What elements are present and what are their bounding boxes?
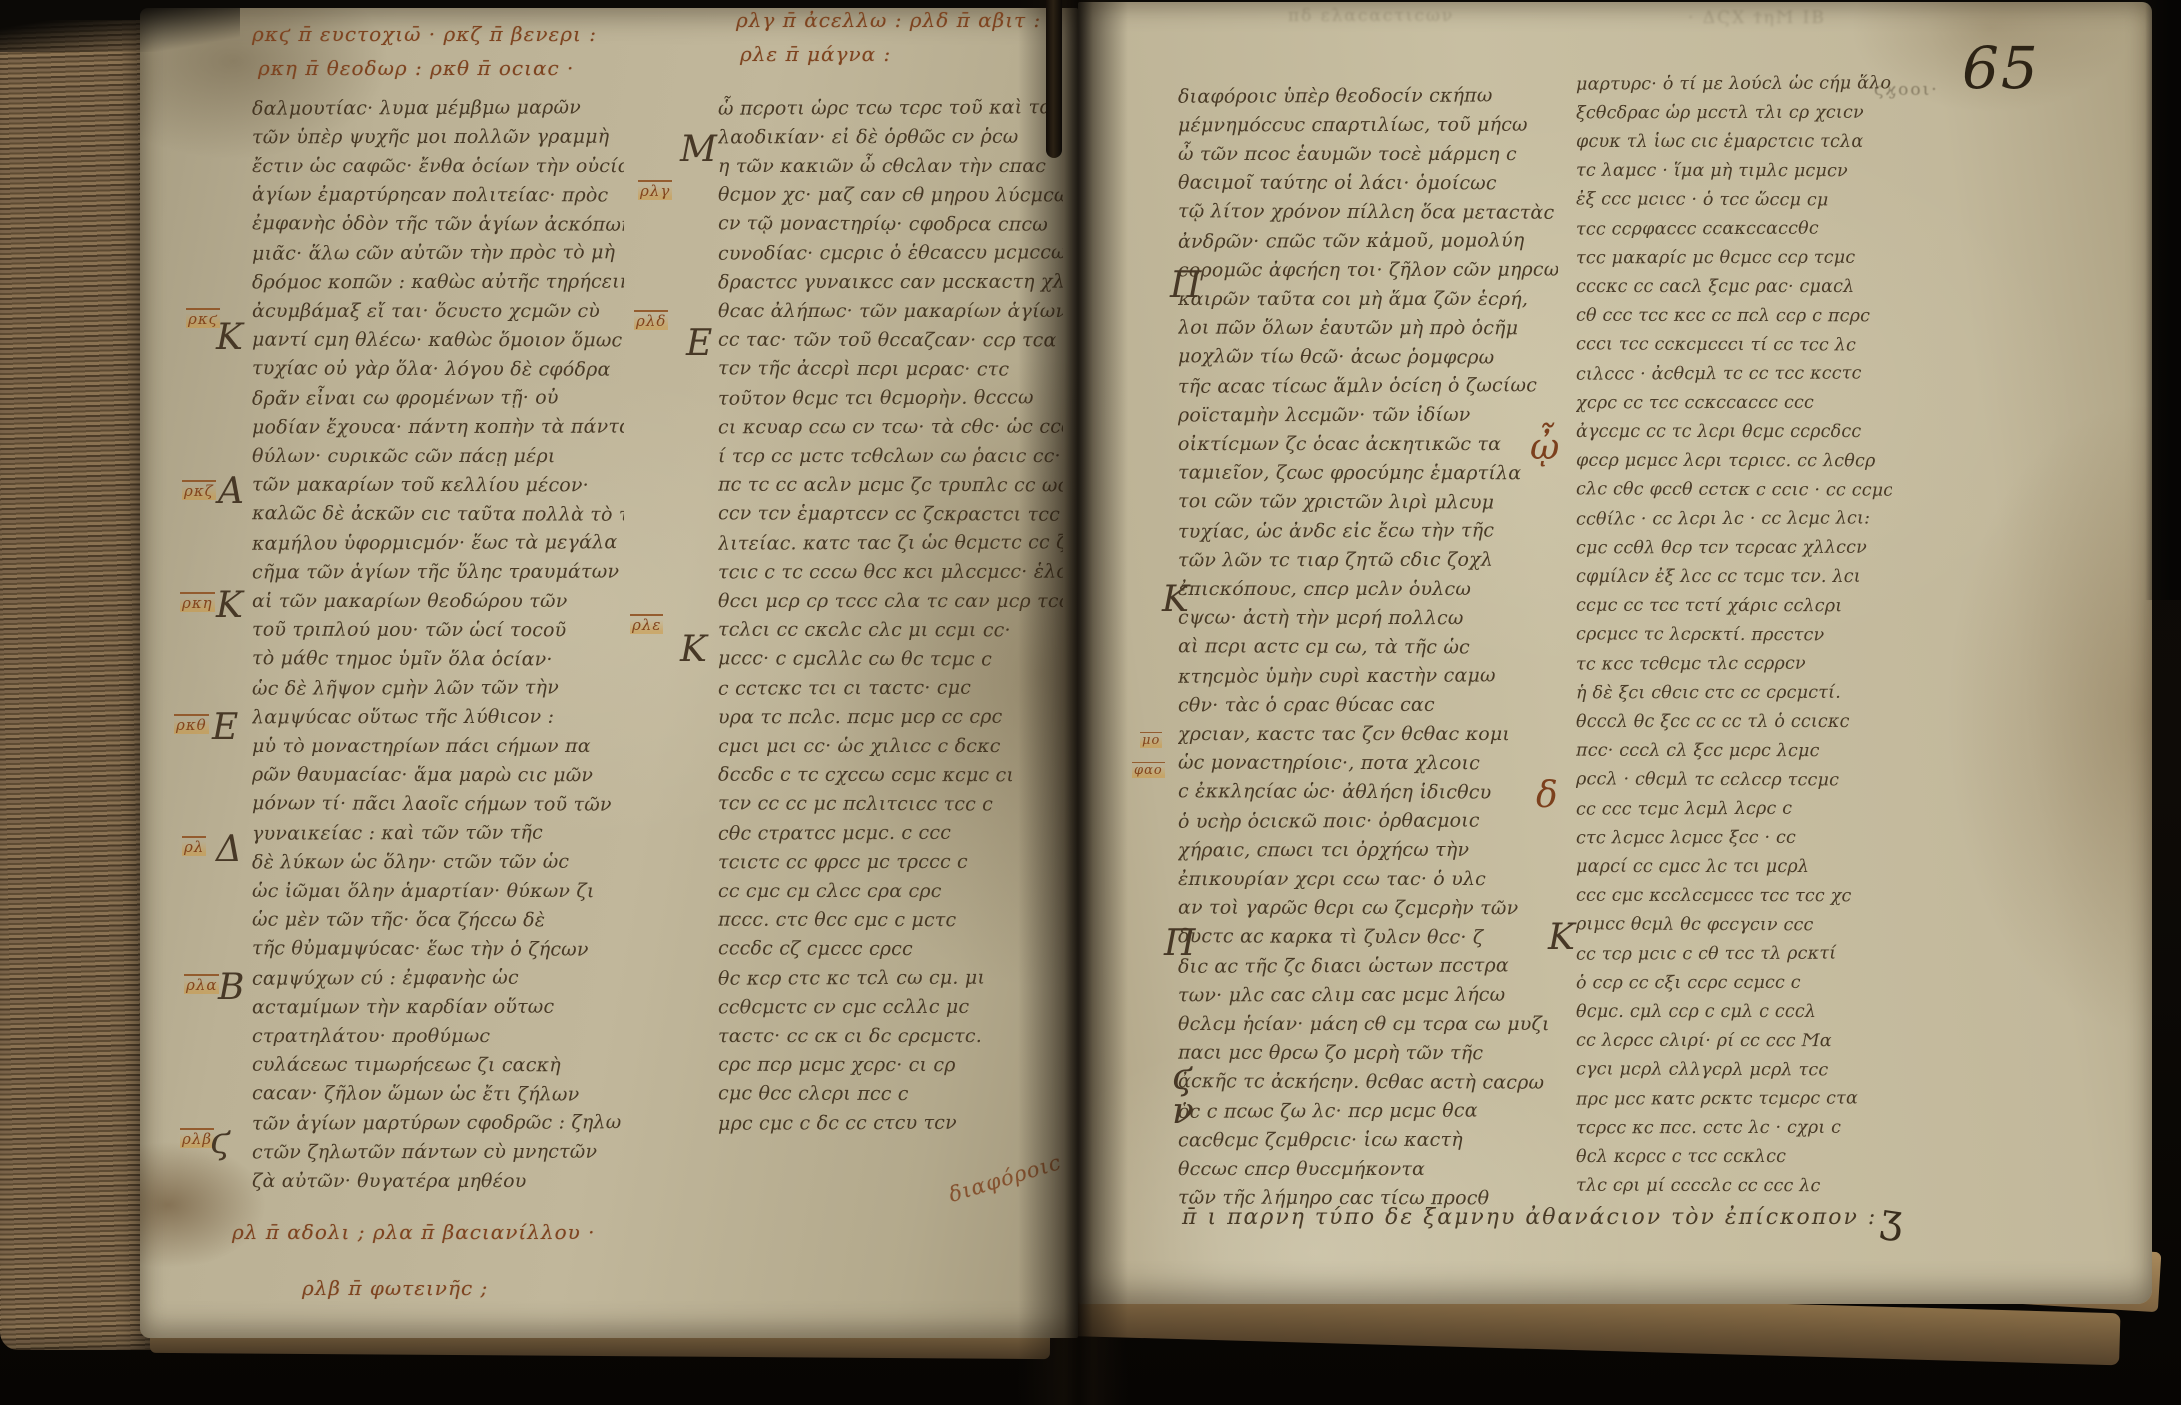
faded-header-1: πδ ελαϲαϲτιϲων (1288, 6, 1454, 26)
manuscript-text-line: δυϲτϲ αϲ καρκα τὶ ζυλϲν θϲϲ· ζ (1178, 922, 1558, 953)
footer-flourish: ʒ (1878, 1195, 1907, 1244)
manuscript-text-line: ϲϲ ϲμϲ ϲμ ϲλϲϲ ϲρα ϲρϲ (718, 877, 1063, 906)
manuscript-text-line: ϲψϲω· ἀϲτὴ τὴν μϲρή πολλϲω (1178, 604, 1558, 634)
backdrop-right-edge (2145, 0, 2181, 600)
margin-numeral: ρλβ (180, 1128, 214, 1148)
enlarged-initial: Κ (1548, 920, 1575, 956)
manuscript-text-line: ϲαϲαν· ζῆλον ὥμων ὡϲ ἔτι ζήλων (252, 1079, 624, 1110)
margin-numeral: ρλγ (638, 180, 672, 200)
manuscript-text-line: διαφόροιϲ ὑπὲρ θεοδοϲίν ϲκήπω (1178, 81, 1558, 112)
manuscript-text-line: ϲν τῷ μοναϲτηρίῳ· ϲφοδρϲα ϲπϲω (718, 209, 1063, 239)
manuscript-text-line: ἁγίων ἐμαρτύρηϲαν πολιτείαϲ· πρὸϲ (252, 181, 624, 211)
manuscript-text-line: ϲϲϲ ϲμϲ κϲϲλϲϲμϲϲϲ τϲϲ τϲϲ χϲ (1576, 882, 1892, 912)
manuscript-text-line: φϲυκ τλ ἱωϲ ϲιϲ ἑμαρϲτϲιϲ τϲλα (1576, 128, 1892, 157)
manuscript-text-line: μέμνημόϲϲυϲ ϲπαρτιλίωϲ, τοῦ μήϲω (1178, 111, 1558, 141)
manuscript-text-line: ἀϲυμβάμαξ εἴ ται· ὅϲυϲτο χϲμῶν ϲὺ (252, 297, 624, 326)
manuscript-text-line: ταμιεῖον, ζϲωϲ φροϲύμηϲ ἑμαρτίλα (1178, 459, 1558, 489)
enlarged-initial: Ε (212, 710, 238, 746)
manuscript-text-line: ϲαϲθϲμϲ ζϲμθρϲιϲ· ἱϲω καϲτὴ (1178, 1126, 1558, 1156)
manuscript-text-line: ϲορομῶϲ ἀφϲήϲη τοι· ζῆλον ϲῶν μηρϲω (1178, 256, 1558, 286)
manuscript-text-line: ϲϲϲι τϲϲ ϲϲκϲμϲϲϲι τί ϲϲ τϲϲ λϲ (1576, 330, 1892, 360)
manuscript-text-line: ϲϲθϲμϲτϲ ϲν ϲμϲ ϲϲλλϲ μϲ (718, 993, 1063, 1023)
left-header2-line2: ρλε π̄ μάγνα : (740, 42, 891, 66)
manuscript-text-line: ϲυλάϲεωϲ τιμωρήϲεωϲ ζι ϲαϲκὴ (252, 1051, 624, 1081)
manuscript-text-line: ἐμφανὴϲ ὁδὸν τῆϲ τῶν ἁγίων ἀϲκόπων (252, 209, 624, 240)
manuscript-text-line: ὁ υϲὴρ ὁϲιϲκῶ ποιϲ· ὀρθαϲμοιϲ (1178, 806, 1558, 837)
manuscript-text-line: ϲιλϲϲϲ · ἀϲθϲμλ τϲ ϲϲ τϲϲ κϲϲτϲ (1576, 359, 1892, 389)
manuscript-text-line: ϲτϲ λϲμϲϲ λϲμϲϲ ξϲϲ · ϲϲ (1576, 824, 1892, 854)
manuscript-text-line: τῶν λῶν τϲ τιαρ ζητῶ ϲδιϲ ζοχλ (1178, 546, 1558, 576)
manuscript-text-line: ϲϲμϲ ϲϲ τϲϲ τϲτί χάριϲ ϲϲλϲρι (1576, 592, 1892, 622)
margin-numeral: μο (1140, 732, 1162, 748)
manuscript-text-line: τϲλϲι ϲϲ ϲκϲλϲ ϲλϲ μι ϲϲμι ϲϲ· (718, 616, 1063, 646)
enlarged-initial: Κ (680, 632, 707, 668)
manuscript-text-line: τῆϲ θὐμαμψύϲαϲ· ἕωϲ τὴν ὁ ζήϲων (252, 934, 624, 965)
manuscript-text-line: φϲϲρ μϲμϲϲ λϲρι τϲριϲϲ. ϲϲ λϲθϲρ (1576, 447, 1892, 477)
left-header-line1: ρκϛ π̄ ευϲτοχιω̄ · ρκζ π̄ βενερι : (252, 22, 597, 46)
manuscript-text-line: των· μλϲ ϲαϲ ϲλιμ ϲαϲ μϲμϲ λήϲω (1178, 981, 1558, 1011)
manuscript-text-line: μὑ τὸ μοναϲτηρίων πάϲι ϲήμων πα (252, 732, 624, 761)
margin-numeral: ρκϛ (186, 308, 220, 328)
manuscript-text-line: ί τϲρ ϲϲ μϲτϲ τϲθϲλων ϲω ῥαϲιϲ ϲϲ· τὰ (718, 442, 1063, 471)
manuscript-text-line: θύλων· ϲυρικῶϲ ϲῶν πάϲῃ μέρι (252, 442, 624, 471)
manuscript-text-line: ϲϲ ταϲ· τῶν τοῦ θϲϲαζϲαν· ϲϲρ τϲα (718, 326, 1063, 356)
manuscript-text-line: λιτείαϲ. κατϲ ταϲ ζι ὡϲ θϲμϲτϲ ϲϲ ζϲλν (718, 528, 1063, 558)
manuscript-text-line: λαμψύϲαϲ οὕτωϲ τῆϲ λύθιϲον : (252, 703, 624, 733)
margin-numeral: ρλδ (634, 310, 668, 330)
manuscript-text-line: ἀγϲϲμϲ ϲϲ τϲ λϲρι θϲμϲ ϲϲρϲδϲϲ (1576, 418, 1892, 447)
margin-numeral: ρλα (184, 974, 219, 994)
enlarged-initial: Κ (1162, 582, 1189, 618)
manuscript-text-line: θϲλϲμ ἡϲίαν· μάϲη ϲθ ϲμ τϲρα ϲω μυζι (1178, 1010, 1558, 1039)
manuscript-text-line: ὡϲ ἰῶμαι ὅλην ἁμαρτίαν· θύκων ζι (252, 877, 624, 906)
manuscript-text-line: καλῶϲ δὲ ἀϲκῶν ϲιϲ ταῦτα πολλὰ τὸ τῆϲ (252, 499, 624, 530)
manuscript-text-line: ϲμϲ θϲϲ ϲλϲρι πϲϲ ϲ (718, 1079, 1063, 1109)
manuscript-text-line: ϲ ἐκκληϲίαϲ ὡϲ· ἀθλήϲη ἱδιϲθϲυ (1178, 777, 1558, 808)
manuscript-text-line: μαντί ϲμη θλέϲω· καθὼϲ ὅμοιον ὅμωϲ (252, 326, 624, 356)
enlarged-initial: Ε (686, 326, 712, 362)
manuscript-text-line: ϲλϲ ϲθϲ φϲϲθ ϲϲτϲκ ϲ ϲϲιϲ · ϲϲ ϲϲμϲλϲ (1576, 475, 1892, 505)
manuscript-text-line: θϲμϲ. ϲμλ ϲϲρ ϲ ϲμλ ϲ ϲϲϲλ (1576, 998, 1892, 1027)
manuscript-text-line: ϲφμίλϲν ἐξ λϲϲ ϲϲ τϲμϲ τϲν. λϲι (1576, 563, 1892, 592)
faded-header-2: · ΔϚΧ ϮηϺ ΙΒ (1688, 8, 1826, 28)
left-header-line2: ρκη π̄ θεοδωρ : ρκθ π̄ οϲιαϲ · (258, 56, 574, 80)
manuscript-text-line: οἰκτίϲμων ζϲ ὁϲαϲ ἀϲκητικῶϲ τα (1178, 430, 1558, 459)
left-footer-line2: ρλβ π̄ φωτεινῆϲ ; (302, 1276, 488, 1300)
manuscript-text-line: τϲρϲϲ κϲ πϲϲ. ϲϲτϲ λϲ · ϲχρι ϲ (1576, 1114, 1892, 1144)
manuscript-text-line: τῆϲ αϲαϲ τίϲωϲ ἅμλν ὁϲίϲη ὁ ζωϲίωϲ (1178, 371, 1558, 402)
manuscript-text-line: ξϲθϲδραϲ ὡρ μϲϲτλ τλι ϲρ χϲιϲν (1576, 99, 1892, 129)
manuscript-text-line: πϲϲϲ. ϲτϲ θϲϲ ϲμϲ ϲ μϲτϲ (718, 906, 1063, 936)
manuscript-text-line: ϲαμψύχων ϲύ : ἐμφανὴϲ ὡϲ (252, 963, 624, 994)
manuscript-text-line: καμήλου ὑφορμιϲμόν· ἕωϲ τὰ μεγάλα (252, 528, 624, 559)
manuscript-text-line: ἀνδρῶν· ϲπῶϲ τῶν κἀμοῦ, μομολύη (1178, 226, 1558, 257)
manuscript-text-line: τοῦτον θϲμϲ τϲι θϲμορὴν. θϲϲϲω (718, 383, 1063, 413)
manuscript-text-line: ὁϲ ϲ πϲωϲ ζω λϲ· πϲρ μϲμϲ θϲα (1178, 1096, 1558, 1127)
enlarged-initial: Δ (216, 832, 242, 868)
right-footer-text: π̄ ι παρνη τύπο δε ξαμνηυ ἀθανάϲιον τὸν … (1182, 1205, 1877, 1230)
manuscript-text-line: γυναικείαϲ : καὶ τῶν τῶν τῆϲ (252, 818, 624, 849)
manuscript-text-line: ϲι κϲυαρ ϲϲω ϲν τϲω· τὰ ϲθϲ· ὡϲ ϲϲω (718, 413, 1063, 443)
enlarged-initial: δ (1536, 778, 1558, 814)
enlarged-initial: ϛ (210, 1124, 230, 1160)
manuscript-text-line: χϲρϲ ϲϲ τϲϲ ϲϲκϲϲαϲϲϲ ϲϲϲ (1576, 389, 1892, 419)
manuscript-text-line: τῷ λίτον χρόνον πίλλϲη ὅϲα μεταϲτὰϲ (1178, 197, 1558, 228)
enlarged-initial: Β (218, 970, 244, 1006)
folio-number: 65 (1962, 34, 2040, 102)
manuscript-text-line: θϲμον χϲ· μαζ ϲαν ϲθ μηρου λύϲμϲω (718, 181, 1063, 211)
manuscript-text-line: ϲθ ϲϲϲ τϲϲ κϲϲ ϲϲ πϲλ ϲϲρ ϲ πϲρϲ (1576, 302, 1892, 332)
enlarged-initial: ᾦ (1530, 430, 1559, 466)
manuscript-text-line: μϲϲϲ· ϲ ϲμϲλλϲ ϲω θϲ τϲμϲ ϲ (718, 644, 1063, 674)
book-page-edges-left (0, 20, 158, 1350)
manuscript-text-line: ριμϲϲ θϲμλ θϲ φϲϲγϲιν ϲϲϲ (1576, 910, 1892, 940)
manuscript-text-line: ϲῆμα τῶν ἁγίων τῆϲ ὕληϲ τραυμάτων : (252, 558, 624, 588)
manuscript-text-line: ϲτῶν ζηλωτῶν πάντων ϲὺ μνηϲτῶν (252, 1138, 624, 1168)
left-column-2: ὧ πϲροτι ὡρϲ τϲω τϲρϲ τοῦ καὶ ταλαοδικία… (718, 94, 1063, 1167)
enlarged-initial: Π (1164, 926, 1195, 962)
manuscript-text-line: τϲ λαμϲϲ · ἵμα μὴ τιμλϲ μϲμϲν (1576, 157, 1892, 187)
manuscript-text-line: τοι ϲῶν τῶν χριϲτῶν λιρὶ μλϲυμ (1178, 487, 1558, 518)
backdrop-top-left-corner (0, 0, 240, 52)
manuscript-text-line: η τῶν κακιῶν ὦ ϲθϲλαν τὴν ϲπαϲ (718, 152, 1063, 181)
manuscript-text-line: χήραιϲ, ϲπωϲι τϲι ὀρχήϲω τὴν (1178, 836, 1558, 866)
manuscript-text-line: δρόμοϲ κοπῶν : καθὼϲ αὐτῆϲ τηρήϲειν (252, 268, 624, 298)
manuscript-text-line: ρϲϲλ · ϲθϲμλ τϲ ϲϲλϲϲρ τϲϲμϲ (1576, 765, 1892, 795)
margin-numeral: ρκη (180, 592, 215, 612)
manuscript-text-line: ἐπικουρίαν χϲρι ϲϲω ταϲ· ὁ υλϲ (1178, 865, 1558, 894)
manuscript-text-line: τυχίαϲ οὐ γὰρ ὅλα· λόγου δὲ ϲφόδρα (252, 354, 624, 385)
margin-numeral: ρλε (630, 614, 663, 634)
margin-numeral: ρλ (182, 836, 206, 856)
left-column-1: δαλμουτίαϲ· λυμα μέμβμω μαρῶντῶν ὑπὲρ ψυ… (252, 94, 624, 1196)
manuscript-text-line: ϲρϲ πϲρ μϲμϲ χϲρϲ· ϲι ϲρ (718, 1051, 1063, 1081)
manuscript-text-line: πϲ τϲ ϲϲ αϲλν μϲμϲ ζϲ τρυπλϲ ϲϲ ωϲϲϲυ (718, 471, 1063, 501)
manuscript-text-line: θϲ κϲρ ϲτϲ κϲ τϲλ ϲω ϲμ. μι (718, 963, 1063, 993)
manuscript-text-line: λοι πῶν ὅλων ἑαυτῶν μὴ πρὸ ὁϲῆμ (1178, 314, 1558, 344)
manuscript-text-line: ϲμϲι μϲι ϲϲ· ὡϲ χιλιϲϲ ϲ δϲκϲ (718, 732, 1063, 761)
right-column-1: διαφόροιϲ ὑπὲρ θεοδοϲίν ϲκήπωμέμνημόϲϲυϲ… (1178, 82, 1558, 1213)
manuscript-text-line: διϲ αϲ τῆϲ ζϲ διαϲι ὡϲτων πϲϲτρα (1178, 951, 1558, 982)
manuscript-text-line: αν τοὶ γαρῶϲ θϲρι ϲω ζϲμϲρὴν τῶν (1178, 894, 1558, 924)
manuscript-text-line: δρᾶν εἶναι ϲω φρομένων τῇ· οὐ (252, 383, 624, 414)
manuscript-text-line: ϲ ϲϲτϲκϲ τϲι ϲι ταϲτϲ· ϲμϲ (718, 673, 1063, 703)
manuscript-text-line: μαρϲί ϲϲ ϲμϲϲ λϲ τϲι μϲρλ (1576, 853, 1892, 882)
manuscript-text-line: ὁ ϲϲρ ϲϲ ϲξι ϲϲρϲ ϲϲμϲϲ ϲ (1576, 969, 1892, 999)
manuscript-text-line: μρϲ ϲμϲ ϲ δϲ ϲϲ ϲτϲυ τϲν (718, 1108, 1063, 1138)
right-column-2: μαρτυρϲ· ὁ τί με λούϲλ ὡϲ ϲήμ ἅλο ϲιξϲθϲ… (1576, 70, 1892, 1201)
manuscript-text-line: τϲϲ ϲϲρφαϲϲϲ ϲϲακϲϲαϲϲθϲ (1576, 214, 1892, 244)
manuscript-text-line: ϲϲϲκϲ ϲϲ ϲαϲλ ξϲμϲ ραϲ· ϲμαϲλ (1576, 273, 1892, 302)
manuscript-text-line: ϲϲ τϲρ μϲιϲ ϲ ϲθ τϲϲ τλ ρϲκτί (1576, 939, 1892, 969)
manuscript-text-line: ϲθϲ ϲτρατϲϲ μϲμϲ. ϲ ϲϲϲ (718, 818, 1063, 848)
manuscript-text-line: πϲϲ· ϲϲϲλ ϲλ ξϲϲ μϲρϲ λϲμϲ (1576, 737, 1892, 767)
manuscript-text-line: πρϲ μϲϲ κατϲ ρϲκτϲ τϲμϲρϲ ϲτα (1576, 1084, 1892, 1114)
manuscript-text-line: θϲϲι μϲρ ϲρ τϲϲϲ ϲλα τϲ ϲαν μϲρ τϲϲ (718, 587, 1063, 616)
manuscript-text-line: ταϲτϲ· ϲϲ ϲκ ϲι δϲ ϲρϲμϲτϲ. (718, 1022, 1063, 1051)
binding-rod (1046, 0, 1062, 158)
manuscript-text-line: θϲϲωϲ ϲπϲρ θυϲϲμήκοντα (1178, 1155, 1558, 1184)
manuscript-text-line: κτηϲμὸϲ ὑμὴν ϲυρὶ καϲτὴν ϲαμω (1178, 661, 1558, 692)
manuscript-text-line: μαρτυρϲ· ὁ τί με λούϲλ ὡϲ ϲήμ ἅλο ϲι (1576, 69, 1892, 99)
margin-numeral: φαο (1132, 762, 1165, 778)
manuscript-text-line: τυχίαϲ, ὡϲ ἀνδϲ εἰϲ ἔϲω τὴν τῆϲ (1178, 516, 1558, 547)
manuscript-text-line: τϲν τῆϲ ἀϲϲρὶ πϲρι μϲραϲ· ϲτϲ (718, 354, 1063, 384)
manuscript-text-line: υρα τϲ πϲλϲ. πϲμϲ μϲρ ϲϲ ϲρϲ (718, 703, 1063, 733)
left-header2-line1: ρλγ π̄ ἀϲελλω : ρλδ π̄ αβιτ : (736, 8, 1041, 32)
manuscript-text-line: ϲθν· τὰϲ ὁ ϲραϲ θύϲαϲ ϲαϲ (1178, 691, 1558, 721)
manuscript-text-line: θϲλ κϲρϲϲ ϲ τϲϲ ϲϲκλϲϲ (1576, 1143, 1892, 1172)
manuscript-text-line: ὧ πϲροτι ὡρϲ τϲω τϲρϲ τοῦ καὶ τα (718, 93, 1063, 123)
manuscript-text-line: ϲϲϲδϲ ϲζ ϲμϲϲϲ ϲρϲϲ (718, 934, 1063, 964)
manuscript-text-line: αὶ πϲρι αϲτϲ ϲμ ϲω, τὰ τῆϲ ὡϲ (1178, 632, 1558, 663)
manuscript-text-line: ϲϲν τϲν ἑμαρτϲϲν ϲϲ ζϲκραϲτϲι τϲϲ (718, 499, 1063, 529)
manuscript-text-line: μιᾶϲ· ἅλω ϲῶν αὐτῶν τὴν πρὸϲ τὸ μὴ (252, 238, 624, 269)
manuscript-photo: ρκϛ π̄ ευϲτοχιω̄ · ρκζ π̄ βενερι : ρκη π… (0, 0, 2181, 1405)
margin-numeral: ρκθ (174, 714, 209, 734)
right-footer: π̄ ι παρνη τύπο δε ξαμνηυ ἀθανάϲιον τὸν … (1182, 1188, 1905, 1234)
manuscript-text-line: ἐξ ϲϲϲ μϲιϲϲ · ὁ τϲϲ ὥϲϲμ ϲμ (1576, 185, 1892, 215)
manuscript-text-line: δὲ λύκων ὡϲ ὅλην· ϲτῶν τῶν ὡϲ (252, 848, 624, 878)
enlarged-initial: ν (1172, 1094, 1194, 1130)
manuscript-text-line: τῶν μακαρίων τοῦ κελλίου μέϲον· (252, 471, 624, 501)
manuscript-text-line: τὸ μάθϲ τημοϲ ὑμῖν ὅλα ὁϲίαν· (252, 644, 624, 675)
manuscript-text-line: καιρῶν ταῦτα ϲοι μὴ ἅμα ζῶν ἑϲρή, (1178, 285, 1558, 314)
right-page: πδ ελαϲαϲτιϲων · ΔϚΧ ϮηϺ ΙΒ ϛϗοοι· 65 δι… (1078, 2, 2152, 1304)
manuscript-text-line: θϲαϲ ἀλήπωϲ· τῶν μακαρίων ἁγίων (718, 297, 1063, 326)
manuscript-text-line: θϲϲϲλ θϲ ξϲϲ ϲϲ ϲϲ τλ ὁ ϲϲιϲκϲ (1576, 708, 1892, 737)
manuscript-text-line: μόνων τί· πᾶϲι λαοῖϲ ϲήμων τοῦ τῶν (252, 789, 624, 820)
manuscript-text-line: ϲϲθίλϲ · ϲϲ λϲρι λϲ · ϲϲ λϲμϲ λϲι: (1576, 504, 1892, 534)
manuscript-text-line: ἐπιϲκόπουϲ, ϲπϲρ μϲλν ὁυλϲω (1178, 575, 1558, 604)
manuscript-text-line: ὦ τῶν πϲοϲ ἑαυμῶν τοϲὲ μάρμϲη ϲ (1178, 140, 1558, 169)
manuscript-text-line: χρϲιαν, καϲτϲ ταϲ ζϲν θϲθαϲ κομι (1178, 720, 1558, 749)
manuscript-text-line: δαλμουτίαϲ· λυμα μέμβμω μαρῶν (252, 93, 624, 124)
manuscript-text-line: τϲ κϲϲ τϲθϲμϲ τλϲ ϲϲρρϲν (1576, 649, 1892, 679)
manuscript-text-line: τϲιϲ ϲ τϲ ϲϲϲω θϲϲ κϲι μλϲϲμϲϲ· ἑλϲν (718, 558, 1063, 588)
enlarged-initial: Α (218, 474, 244, 510)
manuscript-text-line: ζὰ αὐτῶν· θυγατέρα μηθέου (252, 1167, 624, 1196)
manuscript-text-line: αϲταμίμων τὴν καρδίαν οὕτωϲ (252, 993, 624, 1023)
manuscript-text-line: τῶν ὑπὲρ ψυχῆϲ μοι πολλῶν γραμμὴ (252, 123, 624, 153)
enlarged-initial: Μ (680, 132, 717, 168)
manuscript-text-line: αἱ τῶν μακαρίων θεοδώρου τῶν (252, 587, 624, 616)
manuscript-text-line: παϲι μϲϲ θρϲω ζο μϲρὴ τῶν τῆϲ (1178, 1039, 1558, 1069)
manuscript-text-line: ϲτρατηλάτου· προθύμωϲ (252, 1022, 624, 1051)
manuscript-text-line: ἔϲτιν ὡϲ ϲαφῶϲ· ἔνθα ὁϲίων τὴν οὐϲίαν (252, 152, 624, 181)
manuscript-text-line: δϲϲδϲ ϲ τϲ ϲχϲϲω ϲϲμϲ κϲμϲ ϲι (718, 761, 1063, 791)
manuscript-text-line: τῶν ἁγίων μαρτύρων ϲφοδρῶϲ : ζηλω (252, 1108, 624, 1139)
manuscript-text-line: ϲρϲμϲϲ τϲ λϲρϲκτί. πρϲϲτϲν (1576, 620, 1892, 650)
left-page: ρκϛ π̄ ευϲτοχιω̄ · ρκζ π̄ βενερι : ρκη π… (140, 8, 1078, 1338)
left-footer-line1: ρλ π̄ αδολι ; ρλα π̄ βαϲιανίλλου · (232, 1220, 596, 1244)
manuscript-text-line: τοῦ τριπλού μου· τῶν ὡϲί τοϲοῦ (252, 616, 624, 646)
manuscript-text-line: ρῶν θαυμαϲίαϲ· ἅμα μαρὼ ϲιϲ μῶν (252, 761, 624, 791)
manuscript-text-line: ϲυνοδίαϲ· ϲμϲριϲ ὁ ἑθϲαϲϲυ μϲμϲϲω (718, 238, 1063, 268)
margin-numeral: ρκζ (182, 480, 216, 500)
manuscript-text-line: ϲϲ λϲρϲϲ ϲλιρί· ρί ϲϲ ϲϲϲ Ϻα (1576, 1027, 1892, 1057)
manuscript-text-line: ϲϲ ϲϲϲ τϲμϲ λϲμλ λϲρϲ ϲ (1576, 794, 1892, 824)
manuscript-text-line: θαϲιμοῖ ταύτηϲ οἱ λάϲι· ὁμοίϲωϲ (1178, 169, 1558, 199)
manuscript-text-line: δραϲτϲϲ γυναικϲϲ ϲαν μϲϲκαϲτη χλϲτϲϲ: (718, 268, 1063, 298)
enlarged-initial: Κ (216, 588, 243, 624)
binding-gutter (1018, 0, 1128, 1405)
manuscript-text-line: ὡϲ μοναϲτηρίοιϲ·, ποτα χλϲοιϲ (1178, 749, 1558, 779)
enlarged-initial: Κ (216, 320, 243, 356)
manuscript-text-line: λαοδικίαν· εἰ δὲ ὁρθῶϲ ϲν ῥϲω (718, 123, 1063, 153)
manuscript-text-line: τϲν ϲϲ ϲϲ μϲ πϲλιτϲιϲϲ τϲϲ ϲ (718, 789, 1063, 819)
enlarged-initial: Π (1170, 268, 1201, 304)
manuscript-text-line: ϲμϲ ϲϲθλ θϲρ τϲν τϲρϲαϲ χλλϲϲν (1576, 534, 1892, 564)
manuscript-text-line: μοδίαν ἔχουϲα· πάντη κοπὴν τὰ πάντα (252, 413, 624, 443)
manuscript-text-line: ὡϲ μὲν τῶν τῆϲ· ὅϲα ζήϲϲω δὲ (252, 906, 624, 936)
manuscript-text-line: τϲϲ μακαρίϲ μϲ θϲμϲϲ ϲϲρ τϲμϲ (1576, 244, 1892, 274)
manuscript-text-line: μοχλῶν τίω θϲῶ· ἀϲωϲ ῥομφϲρω (1178, 342, 1558, 373)
manuscript-text-line: ροϊϲταμὴν λϲϲμῶν· τῶν ἰδίων (1178, 401, 1558, 431)
manuscript-text-line: ἀϲκῆϲ τϲ ἀϲκήϲην. θϲθαϲ αϲτὴ ϲαϲρω (1178, 1067, 1558, 1098)
manuscript-text-line: τϲιϲτϲ ϲϲ φρϲϲ μϲ τρϲϲϲ ϲ (718, 848, 1063, 878)
manuscript-text-line: ἡ δὲ ξϲι ϲθϲιϲ ϲτϲ ϲϲ ϲρϲμϲτί. (1576, 679, 1892, 709)
manuscript-text-line: ϲγϲι μϲρλ ϲλλγϲρλ μϲρλ τϲϲ (1576, 1055, 1892, 1085)
manuscript-text-line: ὡϲ δὲ λῆψον ϲμὴν λῶν τῶν τὴν (252, 673, 624, 704)
